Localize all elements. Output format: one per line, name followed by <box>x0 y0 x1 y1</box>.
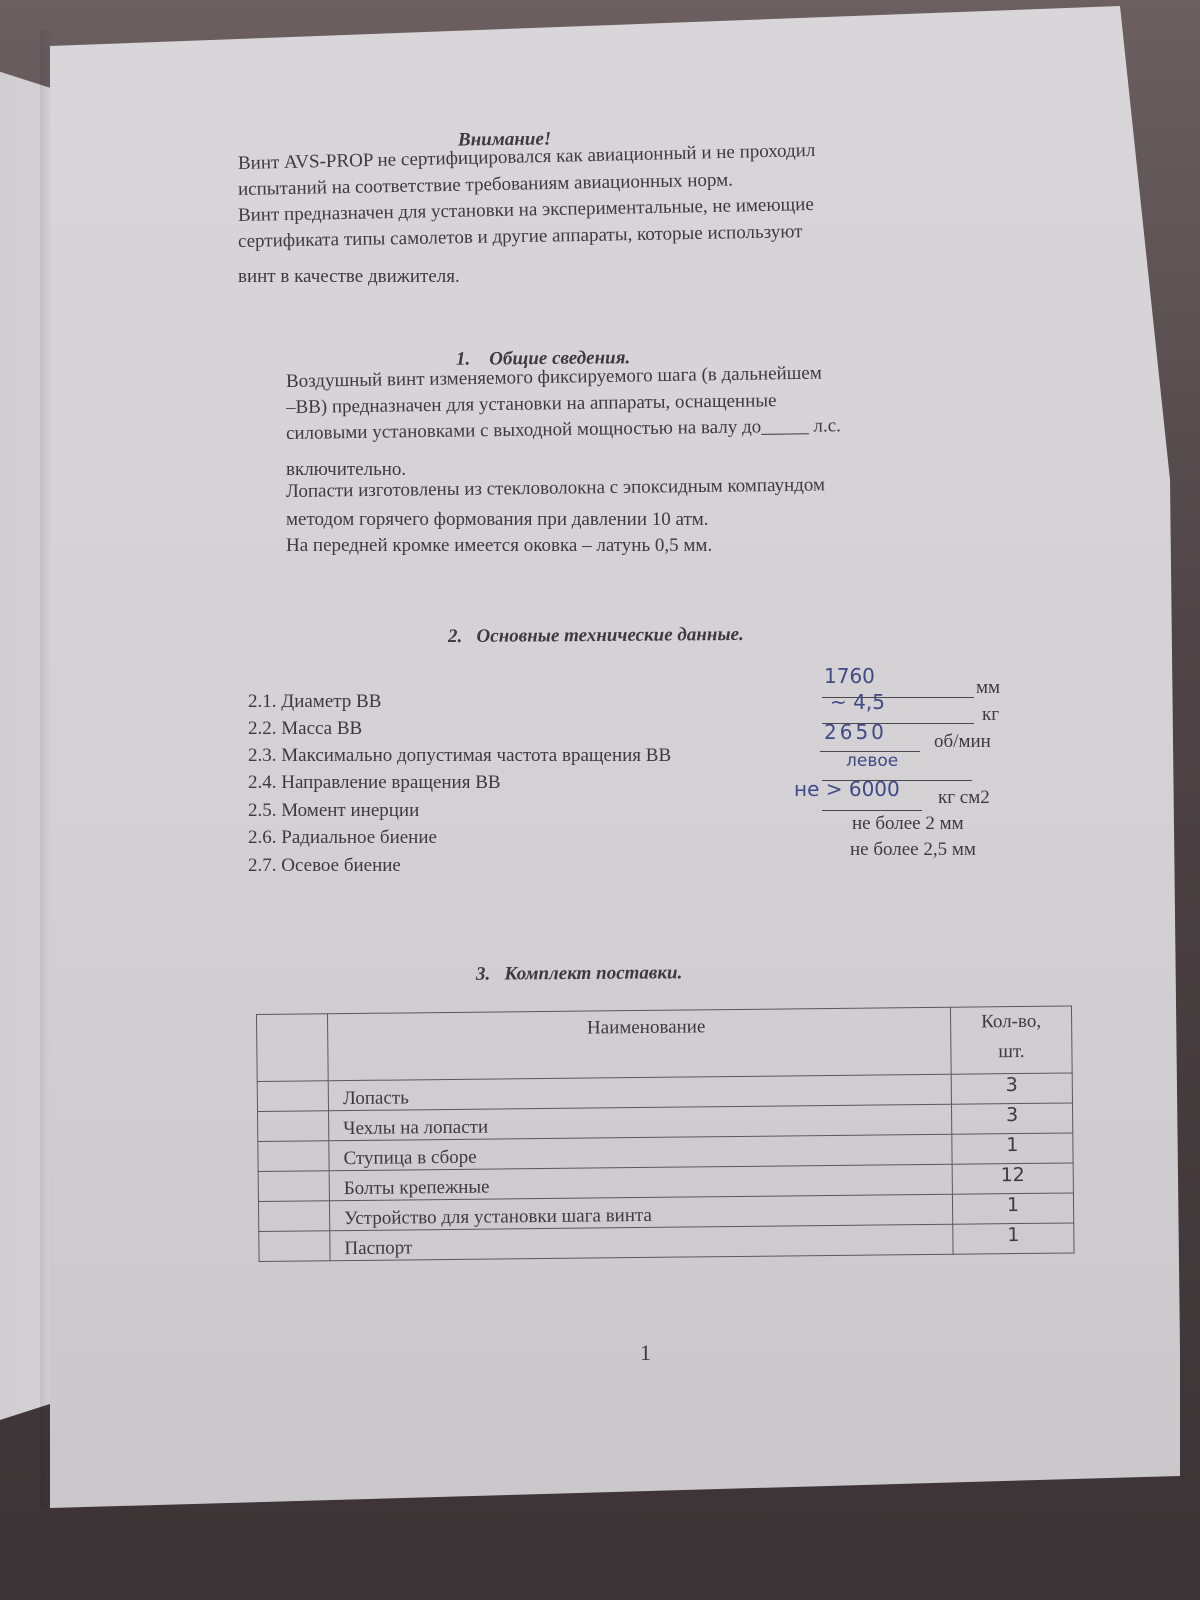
document-content: Внимание! Винт AVS-PROP не сертифицирова… <box>0 0 1200 1600</box>
spec-value-diameter: 1760 <box>824 664 875 688</box>
section3-number: 3. <box>476 964 490 985</box>
spec-unit: кг <box>982 703 999 727</box>
index-cell <box>258 1141 329 1172</box>
table-header-row: Наименование Кол-во,шт. <box>257 1006 1073 1082</box>
header-name-cell: Наименование <box>328 1007 952 1081</box>
index-cell <box>257 1081 328 1112</box>
qty-header-line: Кол-во, <box>981 1011 1041 1033</box>
item-qty: 3 <box>951 1103 1072 1134</box>
index-cell <box>258 1111 329 1142</box>
section2-heading: 2. Основные технические данные. <box>448 623 744 649</box>
spec-value-rpm: 2650 <box>824 720 887 744</box>
spec-unit: кг см2 <box>938 786 990 810</box>
warning-line: винт в качестве движителя. <box>238 265 460 289</box>
section2-title: Основные технические данные. <box>476 624 743 647</box>
item-qty: 1 <box>952 1133 1073 1164</box>
index-cell <box>258 1201 329 1232</box>
section3-title: Комплект поставки. <box>504 962 682 984</box>
section3-heading: 3. Комплект поставки. <box>476 961 682 986</box>
spec-value-direction: левое <box>846 749 898 773</box>
delivery-kit-table: Наименование Кол-во,шт. Лопасть 3 Чехлы … <box>256 1005 1075 1262</box>
section1-line: силовыми установками с выходной мощность… <box>286 414 841 446</box>
spec-label: 2.4. Направление вращения ВВ <box>248 771 501 795</box>
header-index-cell <box>257 1014 329 1082</box>
spec-unit: об/мин <box>934 730 991 754</box>
spec-unit: не более 2,5 мм <box>850 838 976 862</box>
section2-number: 2. <box>448 626 462 647</box>
spec-value-inertia: не > 6000 <box>794 777 900 801</box>
spec-label: 2.7. Осевое биение <box>248 854 401 878</box>
section1-line: методом горячего формования при давлении… <box>286 508 709 532</box>
spec-unit: мм <box>976 676 1000 700</box>
header-qty-cell: Кол-во,шт. <box>950 1006 1072 1074</box>
spec-label: 2.6. Радиальное биение <box>248 826 437 850</box>
spec-label: 2.2. Масса ВВ <box>248 717 362 741</box>
spec-label: 2.3. Максимально допустимая частота вращ… <box>248 744 671 768</box>
item-qty: 3 <box>951 1073 1072 1104</box>
index-cell <box>258 1171 329 1202</box>
item-qty: 1 <box>952 1193 1073 1224</box>
spec-label: 2.5. Момент инерции <box>248 799 419 823</box>
fill-line <box>822 810 922 811</box>
section1-line: На передней кромке имеется оковка – лату… <box>286 534 712 558</box>
item-qty: 12 <box>952 1163 1073 1194</box>
qty-header-line: шт. <box>998 1041 1024 1062</box>
item-qty: 1 <box>953 1223 1074 1254</box>
spec-unit: не более 2 мм <box>852 812 964 836</box>
item-name: Паспорт <box>330 1224 953 1261</box>
index-cell <box>259 1231 330 1262</box>
spec-label: 2.1. Диаметр ВВ <box>248 690 381 714</box>
page-number: 1 <box>640 1340 651 1366</box>
spec-value-mass: ~ 4,5 <box>830 690 885 714</box>
